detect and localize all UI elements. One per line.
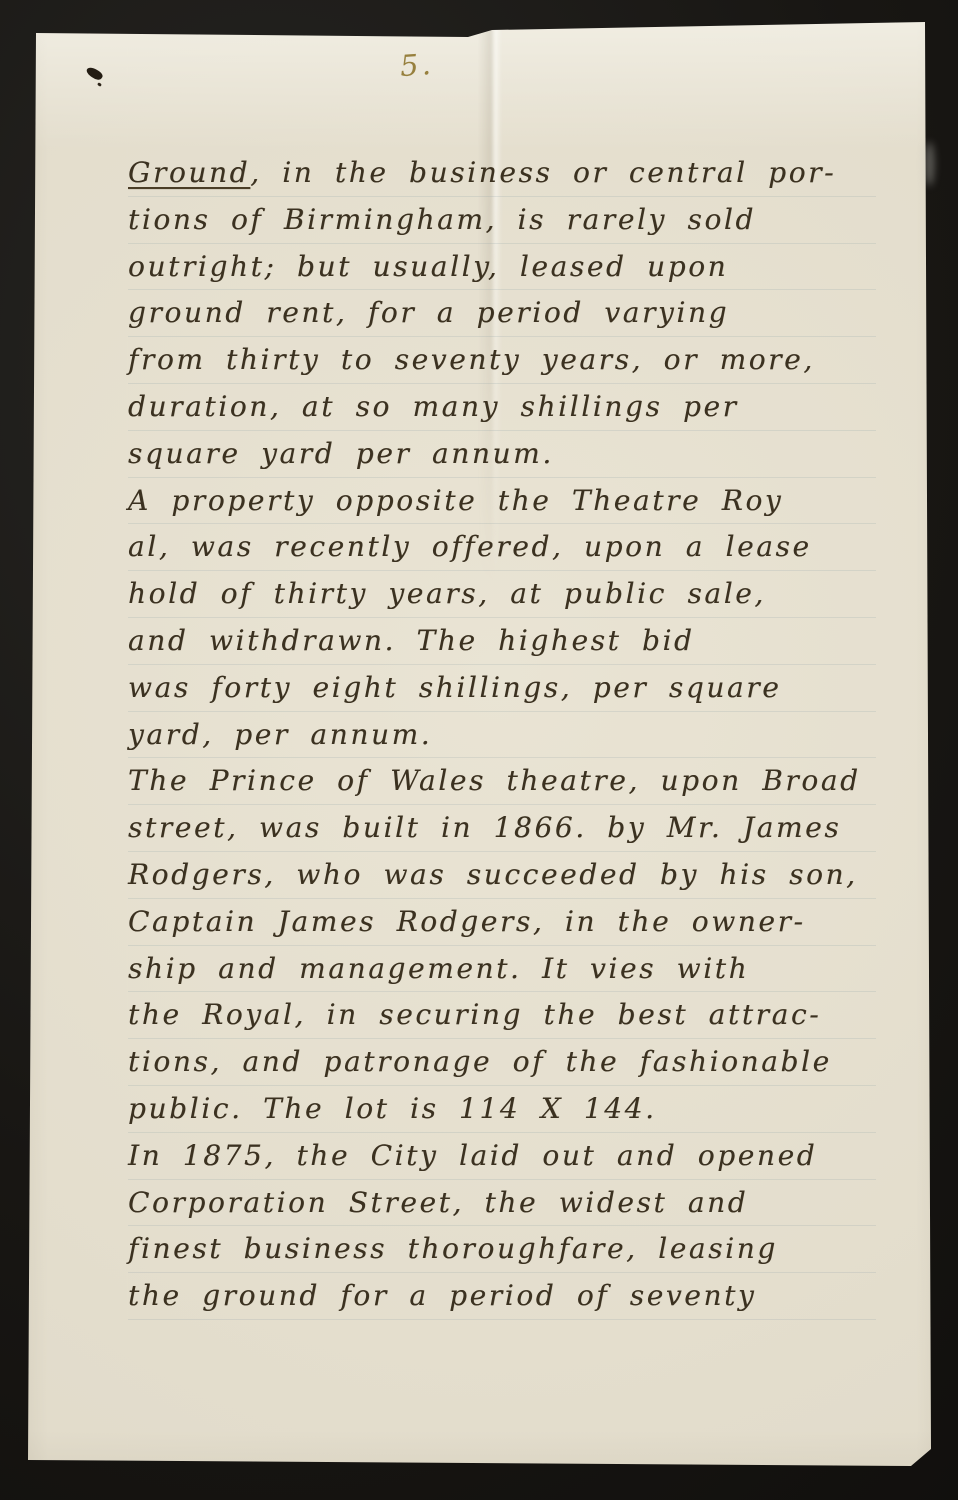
manuscript-line: Captain James Rodgers, in the owner- [128,899,876,946]
manuscript-line: Rodgers, who was succeeded by his son, [128,852,876,899]
manuscript-line: al, was recently offered, upon a lease [128,524,876,571]
ink-blot [85,65,104,82]
manuscript-line: Corporation Street, the widest and [128,1180,876,1227]
manuscript-text-segment: al, was recently offered, upon a lease [128,530,812,563]
manuscript-text-segment: from thirty to seventy years, or more, [128,343,815,376]
manuscript-line: the ground for a period of seventy [128,1273,876,1320]
manuscript-line: A property opposite the Theatre Roy [128,478,876,525]
manuscript-text-segment: Rodgers, who was succeeded by his son, [128,858,858,891]
manuscript-text-segment: In 1875, the City laid out and opened [128,1139,817,1172]
manuscript-text-segment: outright; but usually, leased upon [128,250,728,283]
manuscript-line: from thirty to seventy years, or more, [128,337,876,384]
manuscript-text-segment: Corporation Street, the widest and [128,1186,748,1219]
manuscript-text-segment: was forty eight shillings, per square [128,671,781,704]
page-number: 5. [399,47,435,83]
manuscript-line: tions, and patronage of the fashionable [128,1039,876,1086]
underlined-word: Ground [128,156,250,189]
manuscript-line: The Prince of Wales theatre, upon Broad [128,758,876,805]
paper-sheet: 5. Ground, in the business or central po… [0,0,958,1500]
manuscript-text-segment: and withdrawn. The highest bid [128,624,695,657]
manuscript-line: ship and management. It vies with [128,946,876,993]
manuscript-text-segment: Captain James Rodgers, in the owner- [128,905,806,938]
manuscript-line: ground rent, for a period varying [128,290,876,337]
manuscript-text-segment: yard, per annum. [128,718,432,751]
manuscript-line: duration, at so many shillings per [128,384,876,431]
manuscript-text-segment: tions of Birmingham, is rarely sold [128,203,756,236]
manuscript-line: finest business thoroughfare, leasing [128,1226,876,1273]
backdrop-smudge [925,142,934,186]
manuscript-text-segment: the Royal, in securing the best attrac- [128,998,821,1031]
manuscript-text-segment: , in the business or central por- [250,156,836,189]
manuscript-line: hold of thirty years, at public sale, [128,571,876,618]
manuscript-line: public. The lot is 114 X 144. [128,1086,876,1133]
manuscript-line: was forty eight shillings, per square [128,665,876,712]
manuscript-text: Ground, in the business or central por-t… [128,150,876,1320]
manuscript-text-segment: the ground for a period of seventy [128,1279,756,1312]
manuscript-line: tions of Birmingham, is rarely sold [128,197,876,244]
manuscript-line: outright; but usually, leased upon [128,244,876,291]
manuscript-text-segment: square yard per annum. [128,437,554,470]
manuscript-text-segment: hold of thirty years, at public sale, [128,577,766,610]
manuscript-text-segment: tions, and patronage of the fashionable [128,1045,832,1078]
manuscript-line: yard, per annum. [128,712,876,759]
manuscript-text-segment: ground rent, for a period varying [128,296,729,329]
manuscript-text-segment: A property opposite the Theatre Roy [128,484,783,517]
manuscript-line: In 1875, the City laid out and opened [128,1133,876,1180]
manuscript-line: Ground, in the business or central por- [128,150,876,197]
manuscript-text-segment: duration, at so many shillings per [128,390,739,423]
manuscript-line: square yard per annum. [128,431,876,478]
manuscript-text-segment: The Prince of Wales theatre, upon Broad [128,764,861,797]
manuscript-line: and withdrawn. The highest bid [128,618,876,665]
photo-backdrop: 5. Ground, in the business or central po… [0,0,958,1500]
manuscript-text-segment: public. The lot is 114 X 144. [128,1092,657,1125]
manuscript-line: the Royal, in securing the best attrac- [128,992,876,1039]
manuscript-text-segment: street, was built in 1866. by Mr. James [128,811,841,844]
manuscript-text-segment: ship and management. It vies with [128,952,749,985]
manuscript-line: street, was built in 1866. by Mr. James [128,805,876,852]
manuscript-text-segment: finest business thoroughfare, leasing [128,1232,778,1265]
